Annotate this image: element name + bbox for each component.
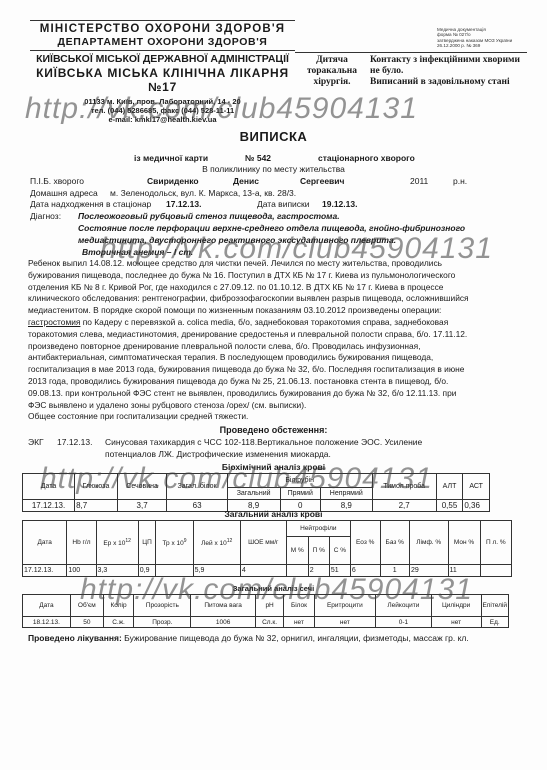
urine-title: Загальний аналіз сечі: [0, 584, 547, 593]
header-divider: [295, 52, 527, 53]
hospital-name: КИЇВСЬКА МІСЬКА КЛІНІЧНА ЛІКАРНЯ №17: [30, 66, 295, 94]
department-line: торакальна: [297, 66, 367, 77]
col-header: Лімф. %: [409, 521, 448, 565]
col-header: Ер х 1012: [96, 521, 138, 565]
treatment: Проведено лікування: Бужирование пищевод…: [28, 633, 469, 643]
col-subheader: М %: [286, 537, 308, 565]
contact-line: Контакту з інфекційними хворими: [370, 55, 535, 66]
patient-patronymic: Сергеевич: [300, 176, 344, 186]
history-line: антибактериальная, симптоматическая тера…: [28, 352, 508, 364]
medical-history: Ребенок выпил 14.08.12. моющее средство …: [28, 258, 508, 423]
col-subheader: Непрямий: [321, 488, 373, 500]
col-header: Нейтрофіли: [286, 521, 350, 537]
cell: 17.12.13.: [23, 565, 67, 577]
cell: 29: [409, 565, 448, 577]
cell: нет: [314, 617, 376, 628]
underlined-term: гастростомия: [28, 317, 80, 327]
cell: 6: [350, 565, 380, 577]
table-row: 18.12.13. 50 С.ж. Прозр. 1006 Сл.к. нет …: [23, 617, 509, 628]
history-line: торакотомия слева, медиастинотомия, дрен…: [28, 329, 508, 341]
cell: нет: [284, 617, 314, 628]
history-line-rest: по Кадеру с перевязкой a. colica media, …: [83, 317, 448, 327]
col-header: Сечовина: [117, 474, 167, 500]
hospital-email: e-mail: kmkl17@health.kiev.ua: [30, 115, 295, 124]
document-title: ВИПИСКА: [0, 129, 547, 144]
cell: 1: [380, 565, 409, 577]
biochem-title: Біохімічний аналіз крові: [0, 462, 547, 472]
col-header: АСТ: [463, 474, 490, 500]
form-note-line: 26.12.2000 р. № 369: [437, 43, 512, 48]
ecg-text: потенциалов ЛЖ. Дистрофические изменения…: [105, 449, 331, 459]
col-header: ШОЕ мм/г: [240, 521, 286, 565]
administration-name: КИЇВСЬКОЇ МІСЬКОЇ ДЕРЖАВНОЇ АДМІНІСТРАЦІ…: [30, 53, 295, 65]
col-header: Загал. білок: [167, 474, 227, 500]
exams-title: Проведено обстеження:: [0, 425, 547, 435]
address-label: Домашня адреса: [30, 188, 98, 198]
treatment-text: Бужирование пищевода до бужа № 32, орниг…: [124, 633, 469, 643]
col-header: Еоз %: [350, 521, 380, 565]
col-subheader: С %: [329, 537, 350, 565]
cell: [480, 565, 511, 577]
cell: [286, 565, 308, 577]
history-line: произведено повторное дренирование плевр…: [28, 341, 508, 353]
col-subheader: Прямий: [280, 488, 321, 500]
col-header: АЛТ: [436, 474, 463, 500]
col-header: Колір: [103, 595, 133, 617]
subtitle-suffix: стаціонарного хворого: [318, 153, 415, 163]
cell: 1006: [191, 617, 255, 628]
history-line: 09.08.13. при контрольной ФЭС стент не в…: [28, 388, 508, 400]
history-line: гастростомия по Кадеру с перевязкой a. c…: [28, 317, 508, 329]
subtitle-prefix: із медичної карти: [134, 153, 208, 163]
diagnosis-label: Діагноз:: [30, 211, 61, 221]
ecg-label: ЭКГ: [28, 437, 44, 447]
cell: Прозр.: [134, 617, 191, 628]
cell: [156, 565, 193, 577]
birth-suffix: р.н.: [453, 176, 467, 186]
cell: 3,3: [96, 565, 138, 577]
home-address: м. Зеленодольск, вул. К. Маркса, 13-а, к…: [110, 188, 296, 198]
col-header: Дата: [23, 521, 67, 565]
cbc-title: Загальний аналіз крові: [0, 509, 547, 519]
col-header: Лейкоцити: [376, 595, 432, 617]
col-subheader: Загальний: [227, 488, 280, 500]
cell: 51: [329, 565, 350, 577]
urine-table: Дата Об'єм Колір Прозорість Питома вага …: [22, 594, 509, 628]
cell: 4: [240, 565, 286, 577]
cell: нет: [431, 617, 481, 628]
contact-line: Виписаний в задовільному стані: [370, 77, 535, 88]
ministry-name: МІНІСТЕРСТВО ОХОРОНИ ЗДОРОВ'Я: [30, 23, 295, 35]
cell: Сл.к.: [255, 617, 284, 628]
ecg-text: Синусовая тахикардия с ЧСС 102-118.Верти…: [105, 437, 422, 447]
col-header: Еритроцити: [314, 595, 376, 617]
col-header: Білок: [284, 595, 314, 617]
diagnosis-line: Послеожоговый рубцовый стеноз пищевода, …: [78, 211, 340, 221]
cell: 0,9: [138, 565, 156, 577]
col-subheader: П %: [308, 537, 329, 565]
admission-label: Дата надходження в стаціонар: [30, 199, 151, 209]
col-header: Об'єм: [70, 595, 103, 617]
cell: 2: [308, 565, 329, 577]
destination: В поликлинику по месту жительства: [0, 164, 547, 174]
patient-label: П.І.Б. хворого: [30, 176, 84, 186]
table-row: 17.12.13. 100 3,3 0,9 5,9 4 2 51 6 1 29 …: [23, 565, 512, 577]
diagnosis-line: Состояние после перфорации верхне-средне…: [78, 223, 465, 233]
col-header: Прозорість: [134, 595, 191, 617]
department-line: Дитяча: [297, 55, 367, 66]
ecg-date: 17.12.13.: [57, 437, 92, 447]
cell: 100: [67, 565, 96, 577]
contact-line: не було.: [370, 66, 535, 77]
history-line: 2013 года, проводились бужирования пищев…: [28, 376, 508, 388]
cell: С.ж.: [103, 617, 133, 628]
history-line: госпитализация в мае 2013 года, бужирова…: [28, 364, 508, 376]
col-header: Епітелій: [481, 595, 508, 617]
col-header: ЦП: [138, 521, 156, 565]
col-header: Циліндри: [431, 595, 481, 617]
birth-year: 2011: [410, 176, 428, 186]
history-line: отделения КБ № 8 г. Кривой Рог, где нахо…: [28, 282, 508, 294]
card-number: № 542: [245, 153, 271, 163]
col-header: Білірубін: [227, 474, 372, 488]
admission-date: 17.12.13.: [166, 199, 201, 209]
diagnosis-line: медиастинита, двустороннего реактивного …: [78, 235, 396, 245]
history-line: ФЭС выявлено и удалено зоны рубцового ст…: [28, 400, 508, 412]
department-line: хірургія.: [297, 77, 367, 88]
cell: 11: [448, 565, 480, 577]
diagnosis-line: Вторичная анемия – I ст.: [82, 247, 193, 257]
cell: Ед.: [481, 617, 508, 628]
cell: 50: [70, 617, 103, 628]
history-line: Ребенок выпил 14.08.12. моющее средство …: [28, 258, 508, 270]
history-line: бужирования пищевода, последнее до бужа …: [28, 270, 508, 282]
cell: 5,9: [193, 565, 240, 577]
form-note: Медична документація форма № 027/о затве…: [437, 27, 512, 48]
cell: 0-1: [376, 617, 432, 628]
discharge-date: 19.12.13.: [322, 199, 357, 209]
department-block: Дитяча торакальна хірургія.: [297, 55, 367, 88]
col-header: Глюкоза: [75, 474, 118, 500]
history-line: Общее состояние при госпитализации средн…: [28, 411, 508, 423]
col-header: Hb г/л: [67, 521, 96, 565]
biochem-table: Дата Глюкоза Сечовина Загал. білок Білір…: [22, 473, 490, 512]
institution-header: МІНІСТЕРСТВО ОХОРОНИ ЗДОРОВ'Я ДЕПАРТАМЕН…: [30, 20, 295, 124]
col-header: Дата: [23, 595, 71, 617]
history-line: медиастенитом. В порядке скорой помощи п…: [28, 305, 508, 317]
col-header: Тр х 109: [156, 521, 193, 565]
cell: 18.12.13.: [23, 617, 71, 628]
hospital-phone: тел. (044) 5286685, факс (044) 528-11-11: [30, 106, 295, 115]
department-name: ДЕПАРТАМЕНТ ОХОРОНИ ЗДОРОВ'Я: [30, 36, 295, 48]
col-header: Баз %: [380, 521, 409, 565]
col-header: П л. %: [480, 521, 511, 565]
discharge-label: Дата виписки: [257, 199, 310, 209]
col-header: Питома вага: [191, 595, 255, 617]
hospital-address: 01133 м. Київ, пров. Лабораторний, 14 - …: [30, 97, 295, 106]
patient-surname: Свириденко: [147, 176, 199, 186]
col-header: Дата: [23, 474, 75, 500]
patient-name: Денис: [233, 176, 259, 186]
history-line: клинического обследования: рентгенографи…: [28, 293, 508, 305]
cbc-table: Дата Hb г/л Ер х 1012 ЦП Тр х 109 Лей х …: [22, 520, 512, 577]
col-header: Тимол проба: [372, 474, 436, 500]
contact-note: Контакту з інфекційними хворими не було.…: [370, 55, 535, 88]
col-header: pH: [255, 595, 284, 617]
col-header: Мон %: [448, 521, 480, 565]
treatment-label: Проведено лікування:: [28, 633, 122, 643]
col-header: Лей х 1012: [193, 521, 240, 565]
